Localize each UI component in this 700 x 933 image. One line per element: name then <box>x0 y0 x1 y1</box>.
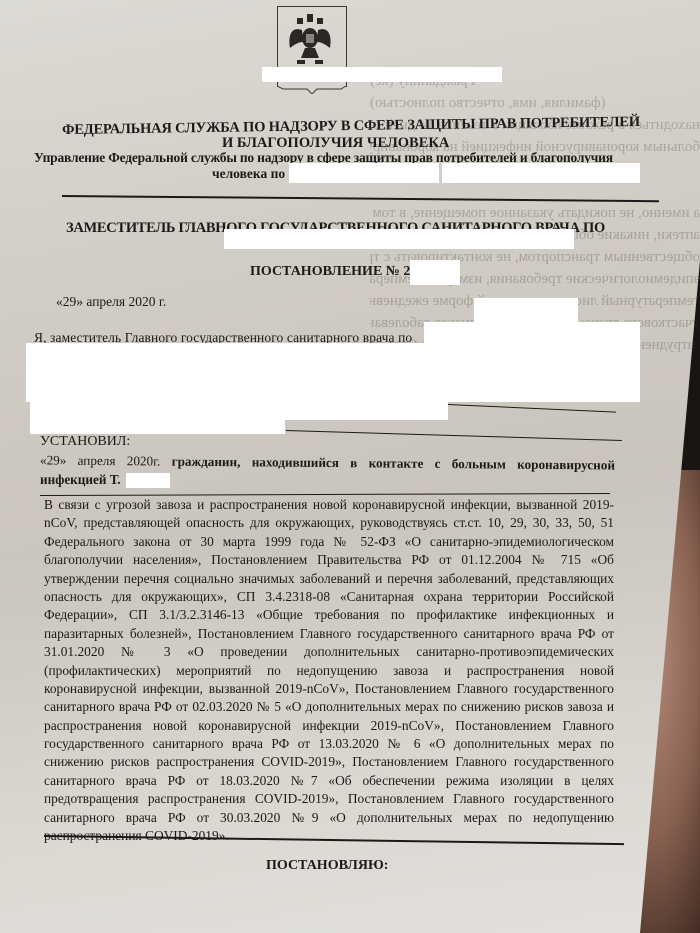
body-line: Федерации», СП 3.1/3.2.3146-13 «Общие тр… <box>44 606 614 624</box>
redaction <box>289 163 439 183</box>
body-line: санитарного врача РФ от 02.03.2020 № 5 «… <box>44 698 614 716</box>
redaction <box>262 67 502 82</box>
russian-coat-of-arms-icon <box>287 12 333 70</box>
decree-body: В связи с угрозой завоза и распространен… <box>44 496 614 845</box>
decree-date: «29» апреля 2020 г. <box>56 294 166 310</box>
body-line: санитарного врача РФ от 18.03.2020 №7 «О… <box>44 772 614 790</box>
body-line: Федерального закона от 30 марта 1999 год… <box>44 533 614 551</box>
established-label: УСТАНОВИЛ: <box>40 434 130 450</box>
redaction <box>224 229 574 249</box>
body-line: 31.01.2020 № 3 «О проведении дополнитель… <box>44 643 614 661</box>
body-line: (профилактических) мероприятий по недопу… <box>44 662 614 680</box>
redaction <box>30 400 448 420</box>
established-statement: гражданин, находившийся в контакте с бол… <box>172 454 615 473</box>
established-text-line2: инфекцией Т. <box>40 472 121 488</box>
redaction <box>30 418 285 434</box>
bleed-line: (фамилия, имя, отчество полностью) <box>370 92 700 114</box>
emblem-frame-point <box>277 86 347 94</box>
redaction <box>410 260 460 285</box>
body-line: nCoV, представляющей опасность для окруж… <box>44 514 614 532</box>
body-line: опасность для окружающих», СП 3.4.2318-0… <box>44 588 614 606</box>
decree-title: ПОСТАНОВЛЕНИЕ № 2 <box>250 264 410 280</box>
redaction <box>26 343 640 402</box>
body-line: утверждении перечня социально значимых з… <box>44 570 614 588</box>
body-line: паразитарных болезней», Постановлением Г… <box>44 625 614 643</box>
body-line: В связи с угрозой завоза и распространен… <box>44 496 614 514</box>
body-line: коронавирусной инфекции, вызванной 2019-… <box>44 680 614 698</box>
established-date: «29» апреля 2020г. <box>40 452 160 468</box>
body-line: санитарного врача РФ от 30.03.2020 №9 «О… <box>44 809 614 827</box>
resolve-label: ПОСТАНОВЛЯЮ: <box>266 858 388 874</box>
redaction <box>474 298 578 324</box>
redaction <box>442 163 640 183</box>
body-line: государственного санитарного врача РФ от… <box>44 735 614 753</box>
body-line: предотвращения распространения COVID-201… <box>44 790 614 808</box>
body-line: снижению рисков распространения COVID-20… <box>44 753 614 771</box>
department-name-line2: человека по <box>212 166 285 182</box>
redaction <box>126 473 170 488</box>
body-line: распространения новой коронавирусной инф… <box>44 717 614 735</box>
body-line: благополучии населения», Постановлением … <box>44 551 614 569</box>
